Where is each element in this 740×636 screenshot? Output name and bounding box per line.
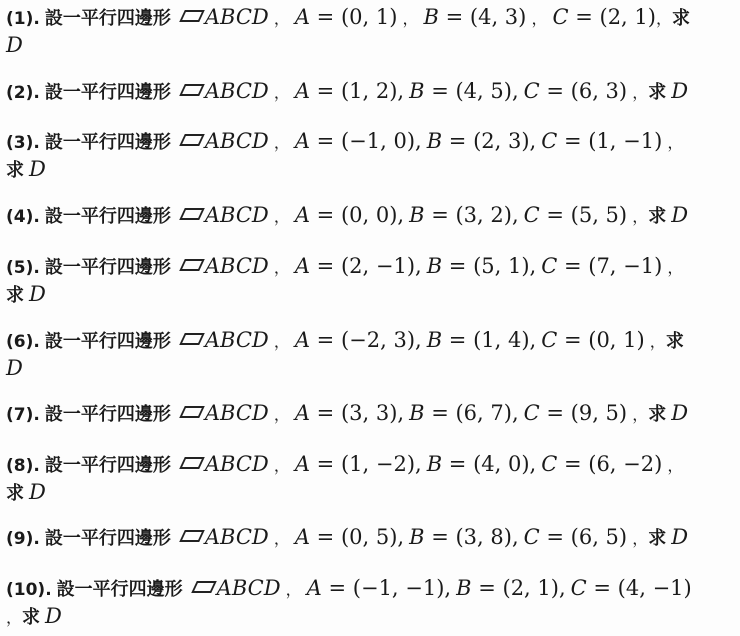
point-a: (1, 2), (341, 79, 404, 103)
point-b: (1, 4), (473, 328, 536, 352)
point-a: (−2, 3), (341, 328, 422, 352)
parallelogram-icon (179, 259, 205, 271)
problem-number: (2). (6, 83, 40, 103)
problem-lead: 設一平行四邊形 (45, 82, 171, 103)
target-point: D (671, 401, 688, 425)
problem-lead: 設一平行四邊形 (45, 404, 171, 425)
point-c: (2, 1) (600, 5, 656, 29)
point-b: (2, 1), (503, 576, 566, 600)
shape-name: ABCD (205, 452, 269, 476)
point-b: (3, 2), (455, 203, 518, 227)
problem-lead: 設一平行四邊形 (45, 132, 171, 153)
point-c: (9, 5) (571, 401, 627, 425)
point-c: (4, −1) (618, 576, 692, 600)
ask-text: 求 (648, 206, 666, 227)
parallelogram-icon (179, 10, 205, 22)
point-c: (0, 1) (588, 328, 644, 352)
problem-9: (9). 設一平行四邊形 ABCD ， A = (0, 5), B = (3, … (6, 524, 706, 552)
problem-10: (10). 設一平行四邊形 ABCD ， A = (−1, −1), B = (… (6, 575, 706, 631)
problem-number: (3). (6, 133, 40, 153)
point-a: (−1, 0), (341, 129, 422, 153)
problem-8: (8). 設一平行四邊形 ABCD ， A = (1, −2), B = (4,… (6, 451, 706, 507)
shape-name: ABCD (205, 5, 269, 29)
point-a: (−1, −1), (353, 576, 451, 600)
problem-lead: 設一平行四邊形 (45, 528, 171, 549)
point-b: (6, 7), (455, 401, 518, 425)
target-point: D (6, 33, 23, 57)
problem-number: (10). (6, 580, 52, 600)
problem-number: (6). (6, 332, 40, 352)
shape-name: ABCD (205, 79, 269, 103)
problem-7: (7). 設一平行四邊形 ABCD ， A = (3, 3), B = (6, … (6, 400, 706, 428)
parallelogram-icon (179, 333, 205, 345)
problem-lead: 設一平行四邊形 (45, 455, 171, 476)
parallelogram-icon (191, 581, 217, 593)
parallelogram-icon (179, 457, 205, 469)
parallelogram-icon (179, 208, 205, 220)
problem-lead: 設一平行四邊形 (45, 206, 171, 227)
target-point: D (29, 480, 46, 504)
point-c: (7, −1) (588, 254, 662, 278)
problem-1: (1). 設一平行四邊形 ABCD ， A = (0, 1) ， B = (4,… (6, 4, 706, 59)
shape-name: ABCD (205, 328, 269, 352)
problem-lead: 設一平行四邊形 (45, 331, 171, 352)
shape-name: ABCD (205, 401, 269, 425)
shape-name: ABCD (205, 129, 269, 153)
ask-text: 求 (6, 160, 24, 181)
point-a: (1, −2), (341, 452, 422, 476)
parallelogram-icon (179, 530, 205, 542)
point-a: (0, 1) (341, 5, 397, 29)
ask-text: 求 (648, 528, 666, 549)
ask-text: 求 (6, 285, 24, 306)
target-point: D (45, 604, 62, 628)
point-b: (4, 3) (470, 5, 526, 29)
ask-text: 求 (648, 82, 666, 103)
shape-name: ABCD (205, 203, 269, 227)
problem-3: (3). 設一平行四邊形 ABCD ， A = (−1, 0), B = (2,… (6, 128, 706, 184)
ask-text: 求 (672, 8, 690, 29)
problem-4: (4). 設一平行四邊形 ABCD ， A = (0, 0), B = (3, … (6, 202, 706, 230)
target-point: D (671, 79, 688, 103)
point-c: (6, −2) (588, 452, 662, 476)
problem-number: (7). (6, 405, 40, 425)
point-c: (1, −1) (588, 129, 662, 153)
ask-text: 求 (22, 607, 40, 628)
problem-6: (6). 設一平行四邊形 ABCD ， A = (−2, 3), B = (1,… (6, 327, 706, 382)
parallelogram-icon (179, 84, 205, 96)
problem-lead: 設一平行四邊形 (45, 8, 171, 29)
problem-number: (5). (6, 258, 40, 278)
target-point: D (6, 356, 23, 380)
problem-2: (2). 設一平行四邊形 ABCD ， A = (1, 2), B = (4, … (6, 78, 706, 106)
point-b: (3, 8), (455, 525, 518, 549)
target-point: D (671, 525, 688, 549)
point-b: (4, 0), (473, 452, 536, 476)
problem-number: (4). (6, 207, 40, 227)
shape-name: ABCD (217, 576, 281, 600)
point-c: (6, 5) (571, 525, 627, 549)
problem-5: (5). 設一平行四邊形 ABCD ， A = (2, −1), B = (5,… (6, 253, 706, 309)
shape-name: ABCD (205, 254, 269, 278)
point-a: (3, 3), (341, 401, 404, 425)
problem-number: (1). (6, 9, 40, 29)
problem-lead: 設一平行四邊形 (45, 257, 171, 278)
ask-text: 求 (648, 404, 666, 425)
point-b: (4, 5), (455, 79, 518, 103)
point-c: (6, 3) (571, 79, 627, 103)
point-b: (2, 3), (473, 129, 536, 153)
point-b: (5, 1), (473, 254, 536, 278)
target-point: D (671, 203, 688, 227)
point-a: (2, −1), (341, 254, 422, 278)
point-a: (0, 5), (341, 525, 404, 549)
ask-text: 求 (6, 483, 24, 504)
shape-name: ABCD (205, 525, 269, 549)
ask-text: 求 (666, 331, 684, 352)
problem-number: (8). (6, 456, 40, 476)
problem-lead: 設一平行四邊形 (57, 579, 183, 600)
target-point: D (29, 282, 46, 306)
target-point: D (29, 157, 46, 181)
point-c: (5, 5) (571, 203, 627, 227)
parallelogram-icon (179, 406, 205, 418)
parallelogram-icon (179, 134, 205, 146)
point-a: (0, 0), (341, 203, 404, 227)
problem-number: (9). (6, 529, 40, 549)
